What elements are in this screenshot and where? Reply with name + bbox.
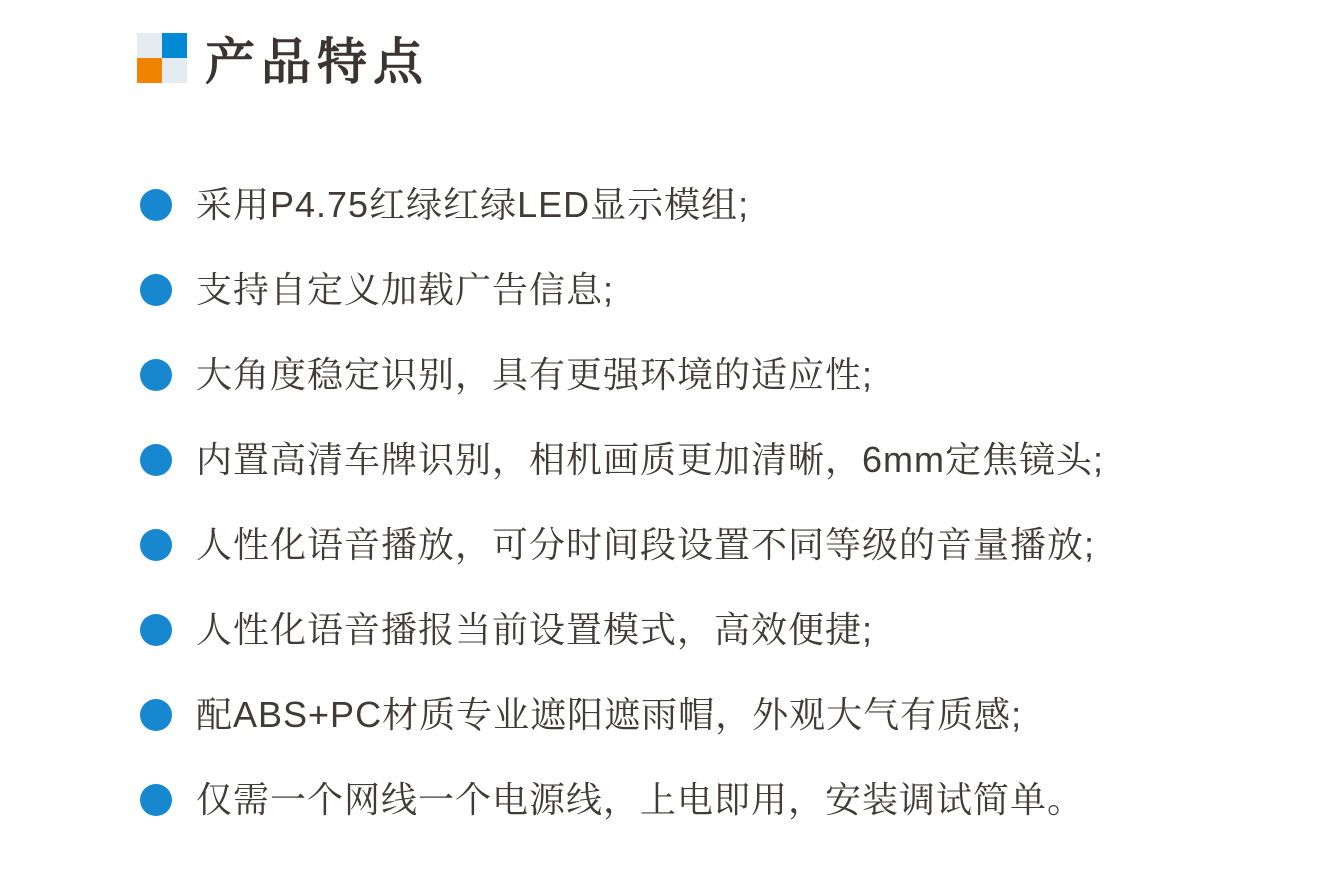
- quad-square-top-right: [162, 33, 187, 58]
- product-features-page: 产品特点 采用P4.75红绿红绿LED显示模组; 支持自定义加载广告信息; 大角…: [0, 0, 1338, 874]
- feature-text: 配ABS+PC材质专业遮阳遮雨帽，外观大气有质感;: [196, 697, 1022, 733]
- list-item: 配ABS+PC材质专业遮阳遮雨帽，外观大气有质感;: [140, 672, 1104, 757]
- section-header: 产品特点: [137, 33, 429, 87]
- bullet-dot-icon: [140, 699, 172, 731]
- bullet-dot-icon: [140, 784, 172, 816]
- feature-text: 支持自定义加载广告信息;: [196, 272, 614, 308]
- feature-text: 人性化语音播报当前设置模式，高效便捷;: [196, 612, 873, 648]
- quad-square-top-left: [137, 33, 162, 58]
- feature-text: 人性化语音播放，可分时间段设置不同等级的音量播放;: [196, 527, 1095, 563]
- list-item: 内置高清车牌识别，相机画质更加清晰，6mm定焦镜头;: [140, 417, 1104, 502]
- list-item: 大角度稳定识别，具有更强环境的适应性;: [140, 332, 1104, 417]
- feature-text: 仅需一个网线一个电源线，上电即用，安装调试简单。: [196, 782, 1084, 818]
- quad-squares-icon: [137, 33, 187, 83]
- bullet-dot-icon: [140, 614, 172, 646]
- list-item: 支持自定义加载广告信息;: [140, 247, 1104, 332]
- quad-square-bottom-right: [162, 58, 187, 83]
- bullet-dot-icon: [140, 189, 172, 221]
- list-item: 人性化语音播报当前设置模式，高效便捷;: [140, 587, 1104, 672]
- feature-text: 内置高清车牌识别，相机画质更加清晰，6mm定焦镜头;: [196, 442, 1104, 478]
- feature-text: 采用P4.75红绿红绿LED显示模组;: [196, 187, 749, 223]
- bullet-dot-icon: [140, 444, 172, 476]
- bullet-dot-icon: [140, 359, 172, 391]
- page-title: 产品特点: [205, 37, 429, 87]
- quad-square-bottom-left: [137, 58, 162, 83]
- feature-list: 采用P4.75红绿红绿LED显示模组; 支持自定义加载广告信息; 大角度稳定识别…: [140, 162, 1104, 842]
- list-item: 人性化语音播放，可分时间段设置不同等级的音量播放;: [140, 502, 1104, 587]
- bullet-dot-icon: [140, 529, 172, 561]
- list-item: 采用P4.75红绿红绿LED显示模组;: [140, 162, 1104, 247]
- list-item: 仅需一个网线一个电源线，上电即用，安装调试简单。: [140, 757, 1104, 842]
- feature-text: 大角度稳定识别，具有更强环境的适应性;: [196, 357, 873, 393]
- bullet-dot-icon: [140, 274, 172, 306]
